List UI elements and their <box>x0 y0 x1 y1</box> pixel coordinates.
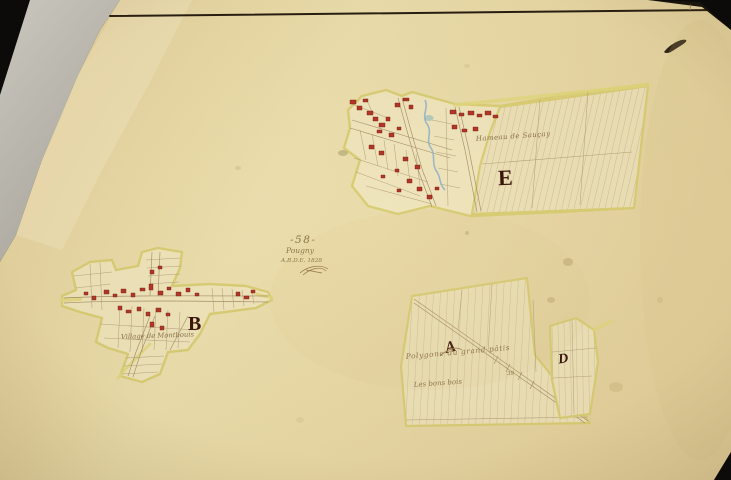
paper-stains <box>0 0 731 480</box>
cadastral-map-photo: Hameau de Sauçay E Village de Montbouis … <box>0 0 731 480</box>
vignette <box>0 0 731 480</box>
